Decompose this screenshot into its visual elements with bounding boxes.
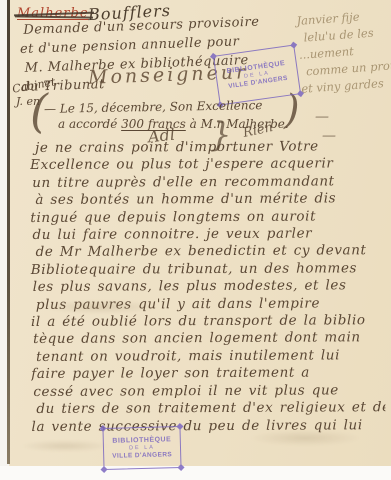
ink-bleedthrough bbox=[40, 300, 160, 314]
dash-mark: — bbox=[315, 109, 329, 125]
body-line: de Mr Malherbe ex benedictin et cy devan… bbox=[31, 243, 385, 262]
body-line: Bibliotequaire du tribunat, un des homme… bbox=[31, 260, 385, 279]
stamp-text-line: BIBLIOTHÈQUE bbox=[112, 436, 171, 445]
body-line: du tiers de son traitement d'ex religieu… bbox=[31, 399, 385, 418]
body-line: il a été oublié lors du transport de la … bbox=[31, 312, 385, 331]
body-line: un titre auprès d'elle en recommandant bbox=[30, 173, 384, 192]
library-stamp-bottom: BIBLIOTHÈQUE DE LA VILLE D'ANGERS bbox=[102, 426, 181, 470]
decision-suffix: à M.r Malherbe. bbox=[186, 117, 289, 131]
body-line: du lui faire connoitre. je veux parler bbox=[30, 225, 384, 244]
body-line: Excellence ou plus tot j'espere acquerir bbox=[30, 156, 384, 175]
ink-bleedthrough bbox=[250, 430, 360, 446]
scan-background bbox=[0, 466, 391, 480]
stamp-text-line: DE LA bbox=[129, 445, 155, 452]
stamp-text-line: VILLE D'ANGERS bbox=[112, 451, 172, 460]
body-line: les plus savans, les plus modestes, et l… bbox=[31, 277, 385, 296]
body-line: à ses bontés un homme d'un mérite dis bbox=[30, 190, 384, 209]
letter-body: je ne crains point d'importuner Votre Ex… bbox=[30, 138, 386, 436]
body-line: tèque dans son ancien logement dont main bbox=[31, 330, 385, 349]
body-line: faire payer le loyer son traitement a bbox=[31, 364, 385, 383]
pencil-notes-block: Janvier fije lelu'u de les ...uement com… bbox=[296, 6, 391, 98]
manuscript-scan: Malherbe Boufflers Demande d'un secours … bbox=[0, 0, 391, 480]
body-line: tingué que depuis longtems on auroit bbox=[30, 208, 384, 227]
body-line: tenant on voudroit, mais inutilement lui bbox=[31, 347, 385, 366]
body-line: je ne crains point d'importuner Votre bbox=[30, 138, 384, 157]
ink-bleedthrough bbox=[20, 440, 110, 452]
decision-prefix: a accordé bbox=[58, 117, 121, 131]
body-line: cessé avec son emploi il ne vit plus que bbox=[31, 382, 385, 401]
paper-left-edge bbox=[7, 0, 10, 464]
